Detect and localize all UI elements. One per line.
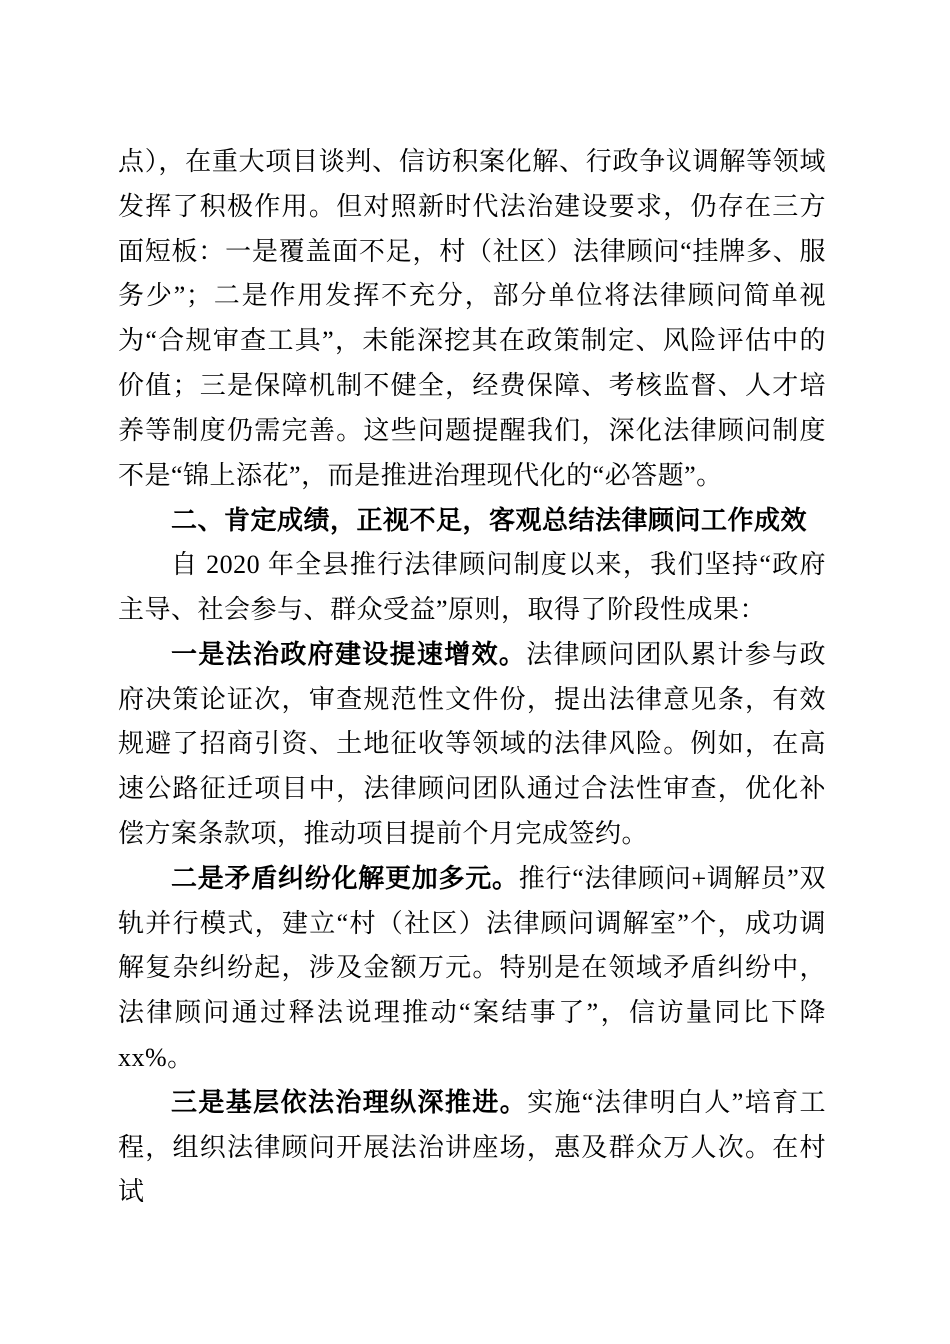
section-heading: 二、肯定成绩，正视不足，客观总结法律顾问工作成效	[118, 498, 826, 543]
paragraph-intro: 自 2020 年全县推行法律顾问制度以来，我们坚持“政府主导、社会参与、群众受益…	[118, 543, 826, 633]
paragraph-point-3: 三是基层依法治理纵深推进。实施“法律明白人”培育工程，组织法律顾问开展法治讲座场…	[118, 1081, 826, 1215]
paragraph-point-2: 二是矛盾纠纷化解更加多元。推行“法律顾问+调解员”双轨并行模式，建立“村（社区）…	[118, 857, 826, 1081]
paragraph-point-1: 一是法治政府建设提速增效。法律顾问团队累计参与政府决策论证次，审查规范性文件份，…	[118, 633, 826, 857]
paragraph-continuation: 点），在重大项目谈判、信访积案化解、行政争议调解等领域发挥了积极作用。但对照新时…	[118, 140, 826, 498]
paragraph-lead-2: 二是矛盾纠纷化解更加多元。	[171, 864, 519, 893]
document-page: 点），在重大项目谈判、信访积案化解、行政争议调解等领域发挥了积极作用。但对照新时…	[0, 0, 950, 1344]
paragraph-text-1: 法律顾问团队累计参与政府决策论证次，审查规范性文件份，提出法律意见条，有效规避了…	[118, 640, 826, 848]
paragraph-text-2: 推行“法律顾问+调解员”双轨并行模式，建立“村（社区）法律顾问调解室”个，成功调…	[118, 864, 826, 1072]
document-content: 点），在重大项目谈判、信访积案化解、行政争议调解等领域发挥了积极作用。但对照新时…	[118, 140, 826, 1215]
paragraph-lead-3: 三是基层依法治理纵深推进。	[171, 1088, 527, 1117]
paragraph-lead-1: 一是法治政府建设提速增效。	[171, 640, 526, 669]
